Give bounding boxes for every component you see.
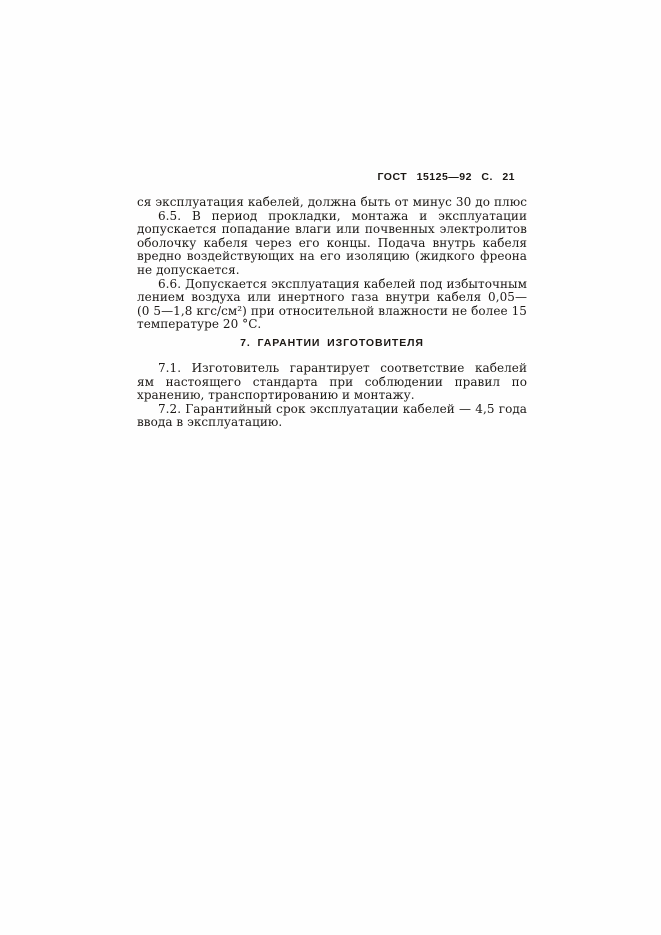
text-line: ям настоящего стандарта при соблюдении п… [137,376,527,390]
text-line: ся эксплуатация кабелей, должна быть от … [137,196,527,210]
text-line: 6.6. Допускается эксплуатация кабелей по… [137,278,527,292]
page-header-text: ГОСТ 15125—92 С. 21 [377,171,515,183]
text-line: лением воздуха или инертного газа внутри… [137,291,527,305]
text-line: температуре 20 °С. [137,318,527,332]
section-heading: 7. ГАРАНТИИ ИЗГОТОВИТЕЛЯ [137,337,527,349]
text-line: вредно воздействующих на его изоляцию (ж… [137,250,527,264]
text-line: хранению, транспортированию и монтажу. [137,389,527,403]
text-block: ся эксплуатация кабелей, должна быть от … [137,196,527,430]
page-header: ГОСТ 15125—92 С. 21 [0,171,515,183]
text-line: оболочку кабеля через его концы. Подача … [137,237,527,251]
text-line: 6.5. В период прокладки, монтажа и экспл… [137,210,527,224]
text-line: 7.1. Изготовитель гарантирует соответств… [137,362,527,376]
text-line: допускается попадание влаги или почвенны… [137,223,527,237]
text-line: 7.2. Гарантийный срок эксплуатации кабел… [137,403,527,417]
text-line: не допускается. [137,264,527,278]
text-line: ввода в эксплуатацию. [137,416,527,430]
document-page: ГОСТ 15125—92 С. 21 ся эксплуатация кабе… [0,0,661,935]
text-line: (0 5—1,8 кгс/см²) при относительной влаж… [137,305,527,319]
